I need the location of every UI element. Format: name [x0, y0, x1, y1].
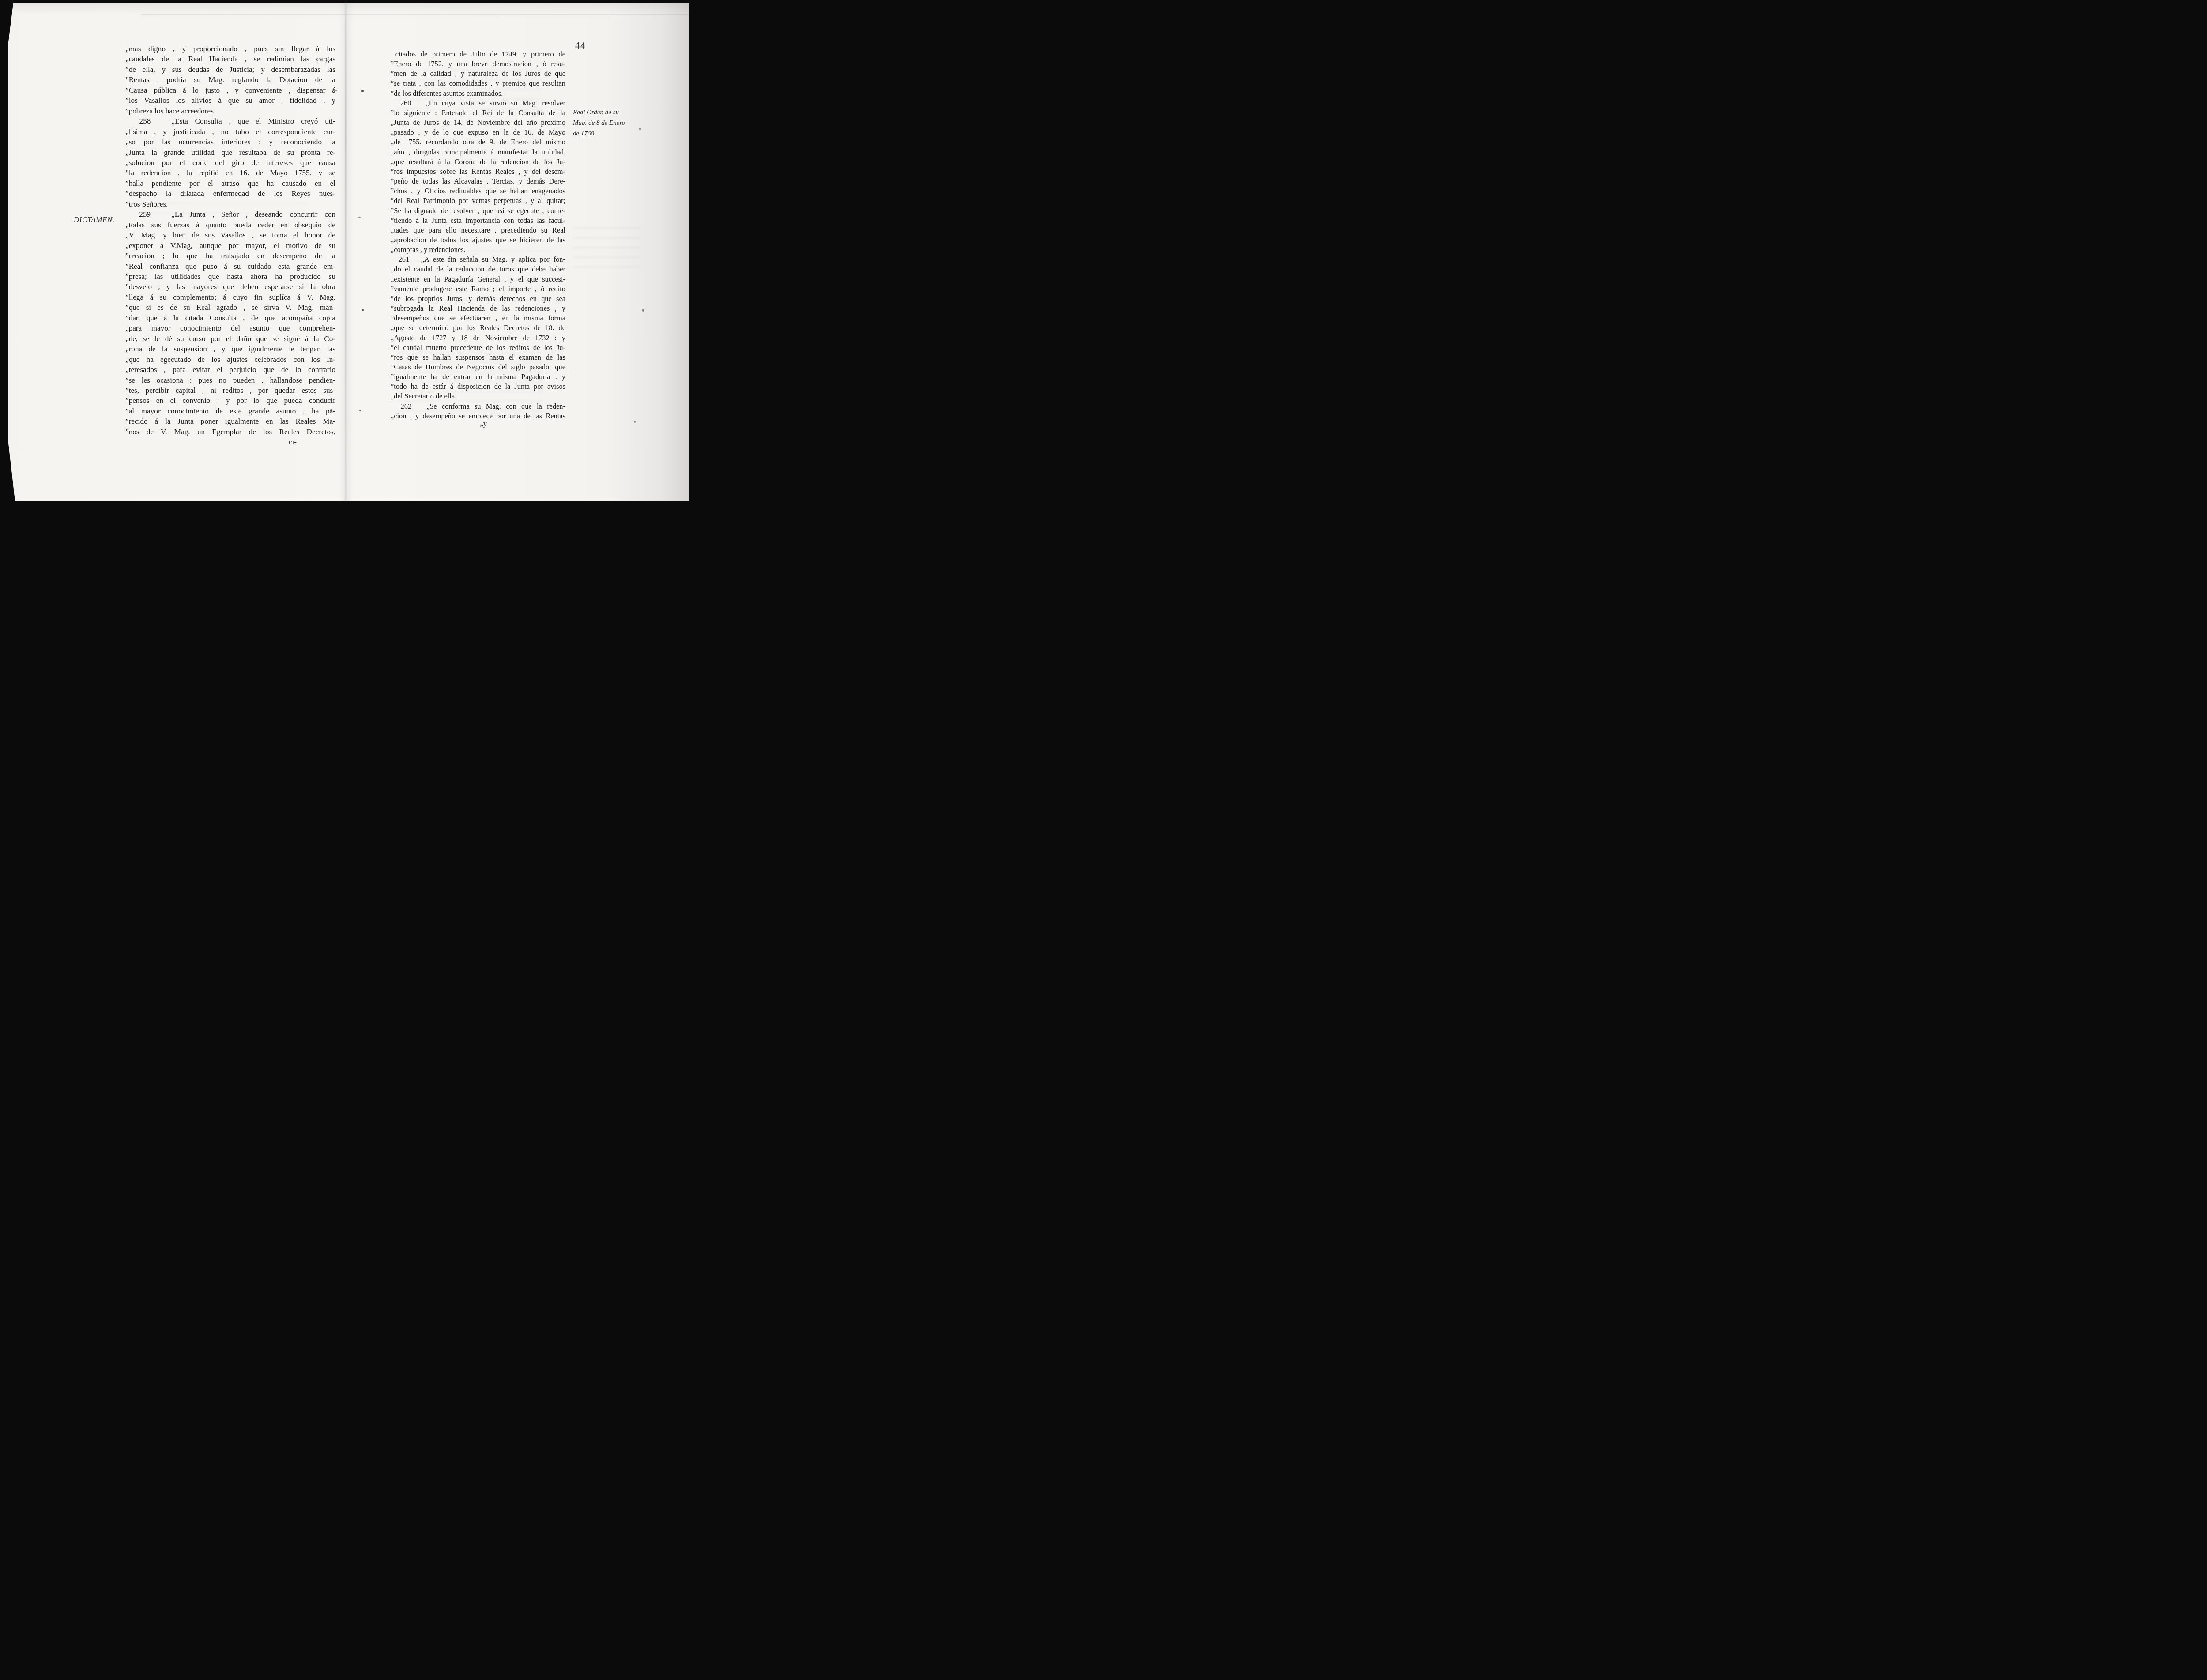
- text-line: „V. Mag. y bien de sus Vasallos , se tom…: [125, 230, 335, 240]
- text-line: ”pobreza los hace acreedores.: [125, 106, 335, 116]
- text-line: ”halla pendiente por el atraso que ha ca…: [125, 178, 335, 188]
- text-line: „mas digno , y proporcionado , pues sin …: [125, 44, 335, 54]
- text-line: „exponer á V.Mag, aunque por mayor, el m…: [125, 241, 335, 251]
- text-line: „que resultará á la Corona de la redenci…: [391, 157, 565, 167]
- text-line: citados de primero de Julio de 1749. y p…: [391, 49, 565, 59]
- margin-note-line: Real Orden de su: [573, 107, 648, 118]
- ink-speck: [634, 421, 636, 423]
- text-line: „tades que para ello necesitare , preced…: [391, 226, 565, 235]
- text-line: ”se les ocasiona ; pues no pueden , hall…: [125, 375, 335, 385]
- scan-background: { "book": { "left_page": { "margin_note"…: [0, 0, 691, 504]
- text-line: ”los Vasallos los alivios á que su amor …: [125, 95, 335, 105]
- text-line: ”nos de V. Mag. un Egemplar de los Reale…: [125, 427, 335, 437]
- bleed-through-smudge: [401, 250, 551, 308]
- margin-note-line: Mag. de 8 de Enero: [573, 118, 648, 128]
- ink-speck: [334, 90, 337, 91]
- text-line: „todas sus fuerzas á quanto pueda ceder …: [125, 220, 335, 230]
- text-line: ”creacion ; lo que ha trabajado en desem…: [125, 251, 335, 261]
- ink-speck: [330, 409, 332, 411]
- text-line: „lisima , y justificada , no tubo el cor…: [125, 127, 335, 137]
- margin-note-dictamen: DICTAMEN.: [74, 215, 115, 224]
- text-line: „rona de la suspension , y que igualment…: [125, 344, 335, 354]
- text-line: ”peño de todas las Alcavalas , Tercias, …: [391, 177, 565, 186]
- text-line: ”Se ha dignado de resolver , que asi se …: [391, 206, 565, 216]
- text-line: „teresados , para evitar el perjuicio qu…: [125, 365, 335, 375]
- text-line: ”recido á la Junta poner igualmente en l…: [125, 416, 335, 426]
- text-line: ”Causa pública á lo justo , y convenient…: [125, 85, 335, 95]
- text-line: „año , dirigidas principalmente á manife…: [391, 147, 565, 157]
- text-line: „caudales de la Real Hacienda , se redim…: [125, 54, 335, 64]
- text-line: „Agosto de 1727 y 18 de Noviembre de 173…: [391, 333, 565, 343]
- text-line: „para mayor conocimiento del asunto que …: [125, 323, 335, 333]
- text-line: ”pensos en el convenio : y por lo que pu…: [125, 395, 335, 406]
- page-edge-shadow-bottom-left: [8, 443, 15, 501]
- text-line: „Junta la grande utilidad que resultaba …: [125, 147, 335, 158]
- catchword: ci-: [125, 438, 335, 447]
- text-line: „aprobacion de todos los ajustes que se …: [391, 235, 565, 245]
- text-line: „de, se le dé su curso por el daño que s…: [125, 334, 335, 344]
- page-number: 44: [575, 41, 586, 51]
- ink-speck: [358, 217, 361, 218]
- bleed-through-smudge: [141, 193, 309, 219]
- text-line: ”ros impuestos sobre las Rentas Reales ,…: [391, 167, 565, 177]
- text-line: „de 1755. recordando otra de 9. de Enero…: [391, 137, 565, 147]
- text-line: ”tes, percibir capital , ni reditos , po…: [125, 385, 335, 395]
- ink-speck: [359, 410, 361, 411]
- text-line: ”al mayor conocimiento de este grande as…: [125, 406, 335, 416]
- bleed-through-smudge: [397, 69, 542, 118]
- margin-note-line: de 1760.: [573, 128, 648, 139]
- text-line: „pasado , y de lo que expuso en la de 16…: [391, 128, 565, 137]
- gutter-fold-line: [345, 3, 346, 501]
- ink-speck: [639, 128, 641, 130]
- text-line: ”Real confianza que puso á su cuidado es…: [125, 261, 335, 271]
- text-line: „so por las ocurrencias interiores : y r…: [125, 137, 335, 147]
- right-page-catchword-row: „y: [391, 419, 565, 428]
- margin-note-real-orden: Real Orden de suMag. de 8 de Enerode 176…: [573, 107, 648, 139]
- text-line: ”del Real Patrimonio por ventas perpetua…: [391, 196, 565, 206]
- text-line: „Junta de Juros de 14. de Noviembre del …: [391, 118, 565, 128]
- text-line: „que se determinó por los Reales Decreto…: [391, 323, 565, 333]
- catchword: „y: [391, 419, 565, 428]
- underlying-page-edge: [141, 14, 689, 15]
- left-page-catchword-row: ci-: [125, 438, 335, 447]
- ink-speck: [361, 90, 364, 92]
- ink-speck: [642, 309, 644, 312]
- ink-speck: [362, 309, 364, 311]
- text-line: ”de ella, y sus deudas de Justicia; y de…: [125, 64, 335, 75]
- text-line: ”chos , y Oficios redituables que se hal…: [391, 186, 565, 196]
- book-page-spread: DICTAMEN. „mas digno , y proporcionado ,…: [8, 3, 689, 501]
- text-line: ”desempeños que se efectuaren , en la mi…: [391, 313, 565, 323]
- text-line: 258 „Esta Consulta , que el Ministro cre…: [125, 116, 335, 126]
- text-line: ”tiendo á la Junta esta importancia con …: [391, 216, 565, 226]
- text-line: „que ha egecutado de los ajustes celebra…: [125, 354, 335, 365]
- bleed-through-smudge: [573, 227, 640, 268]
- text-line: ”Enero de 1752. y una breve demostracion…: [391, 59, 565, 69]
- text-line: ”Rentas , podria su Mag. reglando la Dot…: [125, 75, 335, 85]
- bleed-through-smudge: [397, 352, 542, 418]
- left-page-text-column: „mas digno , y proporcionado , pues sin …: [125, 44, 335, 437]
- bleed-through-smudge: [141, 286, 309, 321]
- text-line: „solucion por el corte del giro de inter…: [125, 158, 335, 168]
- text-line: ”la redencion , la repitió en 16. de May…: [125, 168, 335, 178]
- text-line: ”presa; las utilidades que hasta ahora h…: [125, 271, 335, 282]
- text-line: ”el caudal muerto precedente de los redi…: [391, 343, 565, 353]
